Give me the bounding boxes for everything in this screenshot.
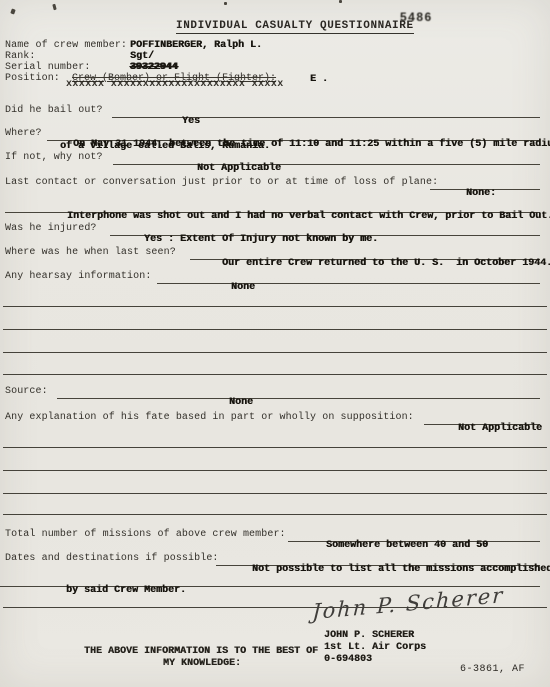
position-value: E . (310, 74, 328, 86)
blank-line (3, 493, 547, 494)
dates-label: Dates and destinations if possible: (5, 553, 219, 565)
scan-artifact (224, 2, 227, 5)
bailout-answer-line: Yes (112, 104, 540, 118)
dates-answer-line-2: by said Crew Member. (0, 573, 540, 587)
casualty-questionnaire-document: INDIVIDUAL CASUALTY QUESTIONNAIRE 5486 N… (0, 0, 550, 687)
injured-label: Was he injured? (5, 223, 97, 235)
blank-line (3, 470, 547, 471)
signature-rank: 1st Lt. Air Corps (324, 642, 426, 654)
supposition-label: Any explanation of his fate based in par… (5, 412, 414, 424)
signature-typed-name: JOHN P. SCHERER (324, 630, 414, 642)
source-answer-line: None (57, 385, 540, 399)
last-seen-answer: Our entire Crew returned to the U. S. in… (222, 258, 550, 270)
form-title: INDIVIDUAL CASUALTY QUESTIONNAIRE (176, 20, 414, 34)
dates-answer-line: Not possible to list all the missions ac… (216, 552, 540, 566)
dates-answer-2: by said Crew Member. (66, 585, 186, 597)
hearsay-label: Any hearsay information: (5, 271, 151, 283)
supposition-answer: Not Applicable (458, 423, 542, 435)
last-seen-label: Where was he when last seen? (5, 247, 176, 259)
form-number: 6-3861, AF (460, 664, 525, 676)
source-label: Source: (5, 386, 48, 398)
source-answer: None (229, 397, 253, 409)
position-overstrike: xxxxxx xxxxxxxxxxxxxxxxxxxxx xxxxx (66, 79, 284, 91)
injured-answer: Yes : Extent Of Injury not known by me. (144, 234, 378, 246)
attestation-line-1: THE ABOVE INFORMATION IS TO THE BEST OF (84, 646, 318, 658)
where-answer-line: On May 31 1944, between the time of 11:1… (47, 127, 540, 141)
supposition-answer-line: Not Applicable (424, 411, 540, 425)
scan-artifact (10, 8, 15, 14)
blank-line (3, 374, 547, 375)
attestation-line-2: MY KNOWLEDGE: (84, 658, 320, 670)
scan-artifact (52, 4, 56, 11)
scan-artifact (339, 0, 342, 3)
hearsay-answer: None (231, 282, 255, 294)
injured-answer-line: Yes : Extent Of Injury not known by me. (110, 222, 540, 236)
if-not-answer: Not Applicable (197, 163, 281, 175)
blank-line (3, 329, 547, 330)
if-not-answer-line: Not Applicable (113, 151, 540, 165)
missions-answer-line: Somewhere between 40 and 50 (288, 528, 540, 542)
last-contact-continuation-line: Interphone was shot out and I had no ver… (5, 199, 540, 213)
missions-label: Total number of missions of above crew m… (5, 529, 286, 541)
last-contact-answer-line: None: (430, 176, 540, 190)
hearsay-answer-line: None (157, 270, 540, 284)
bailout-label: Did he bail out? (5, 105, 103, 117)
stamp-number: 5486 (400, 11, 433, 23)
blank-line (3, 447, 547, 448)
blank-line (3, 306, 547, 307)
blank-line (3, 352, 547, 353)
blank-line (3, 514, 547, 515)
if-not-label: If not, why not? (5, 152, 103, 164)
missions-answer: Somewhere between 40 and 50 (326, 540, 488, 552)
signature-serial: 0-694803 (324, 654, 372, 666)
position-label: Position: (5, 73, 60, 85)
where-label: Where? (5, 128, 42, 140)
last-seen-answer-line: Our entire Crew returned to the U. S. in… (190, 246, 540, 260)
handwritten-signature: John P. Scherer (312, 589, 505, 618)
last-contact-label: Last contact or conversation just prior … (5, 177, 438, 189)
